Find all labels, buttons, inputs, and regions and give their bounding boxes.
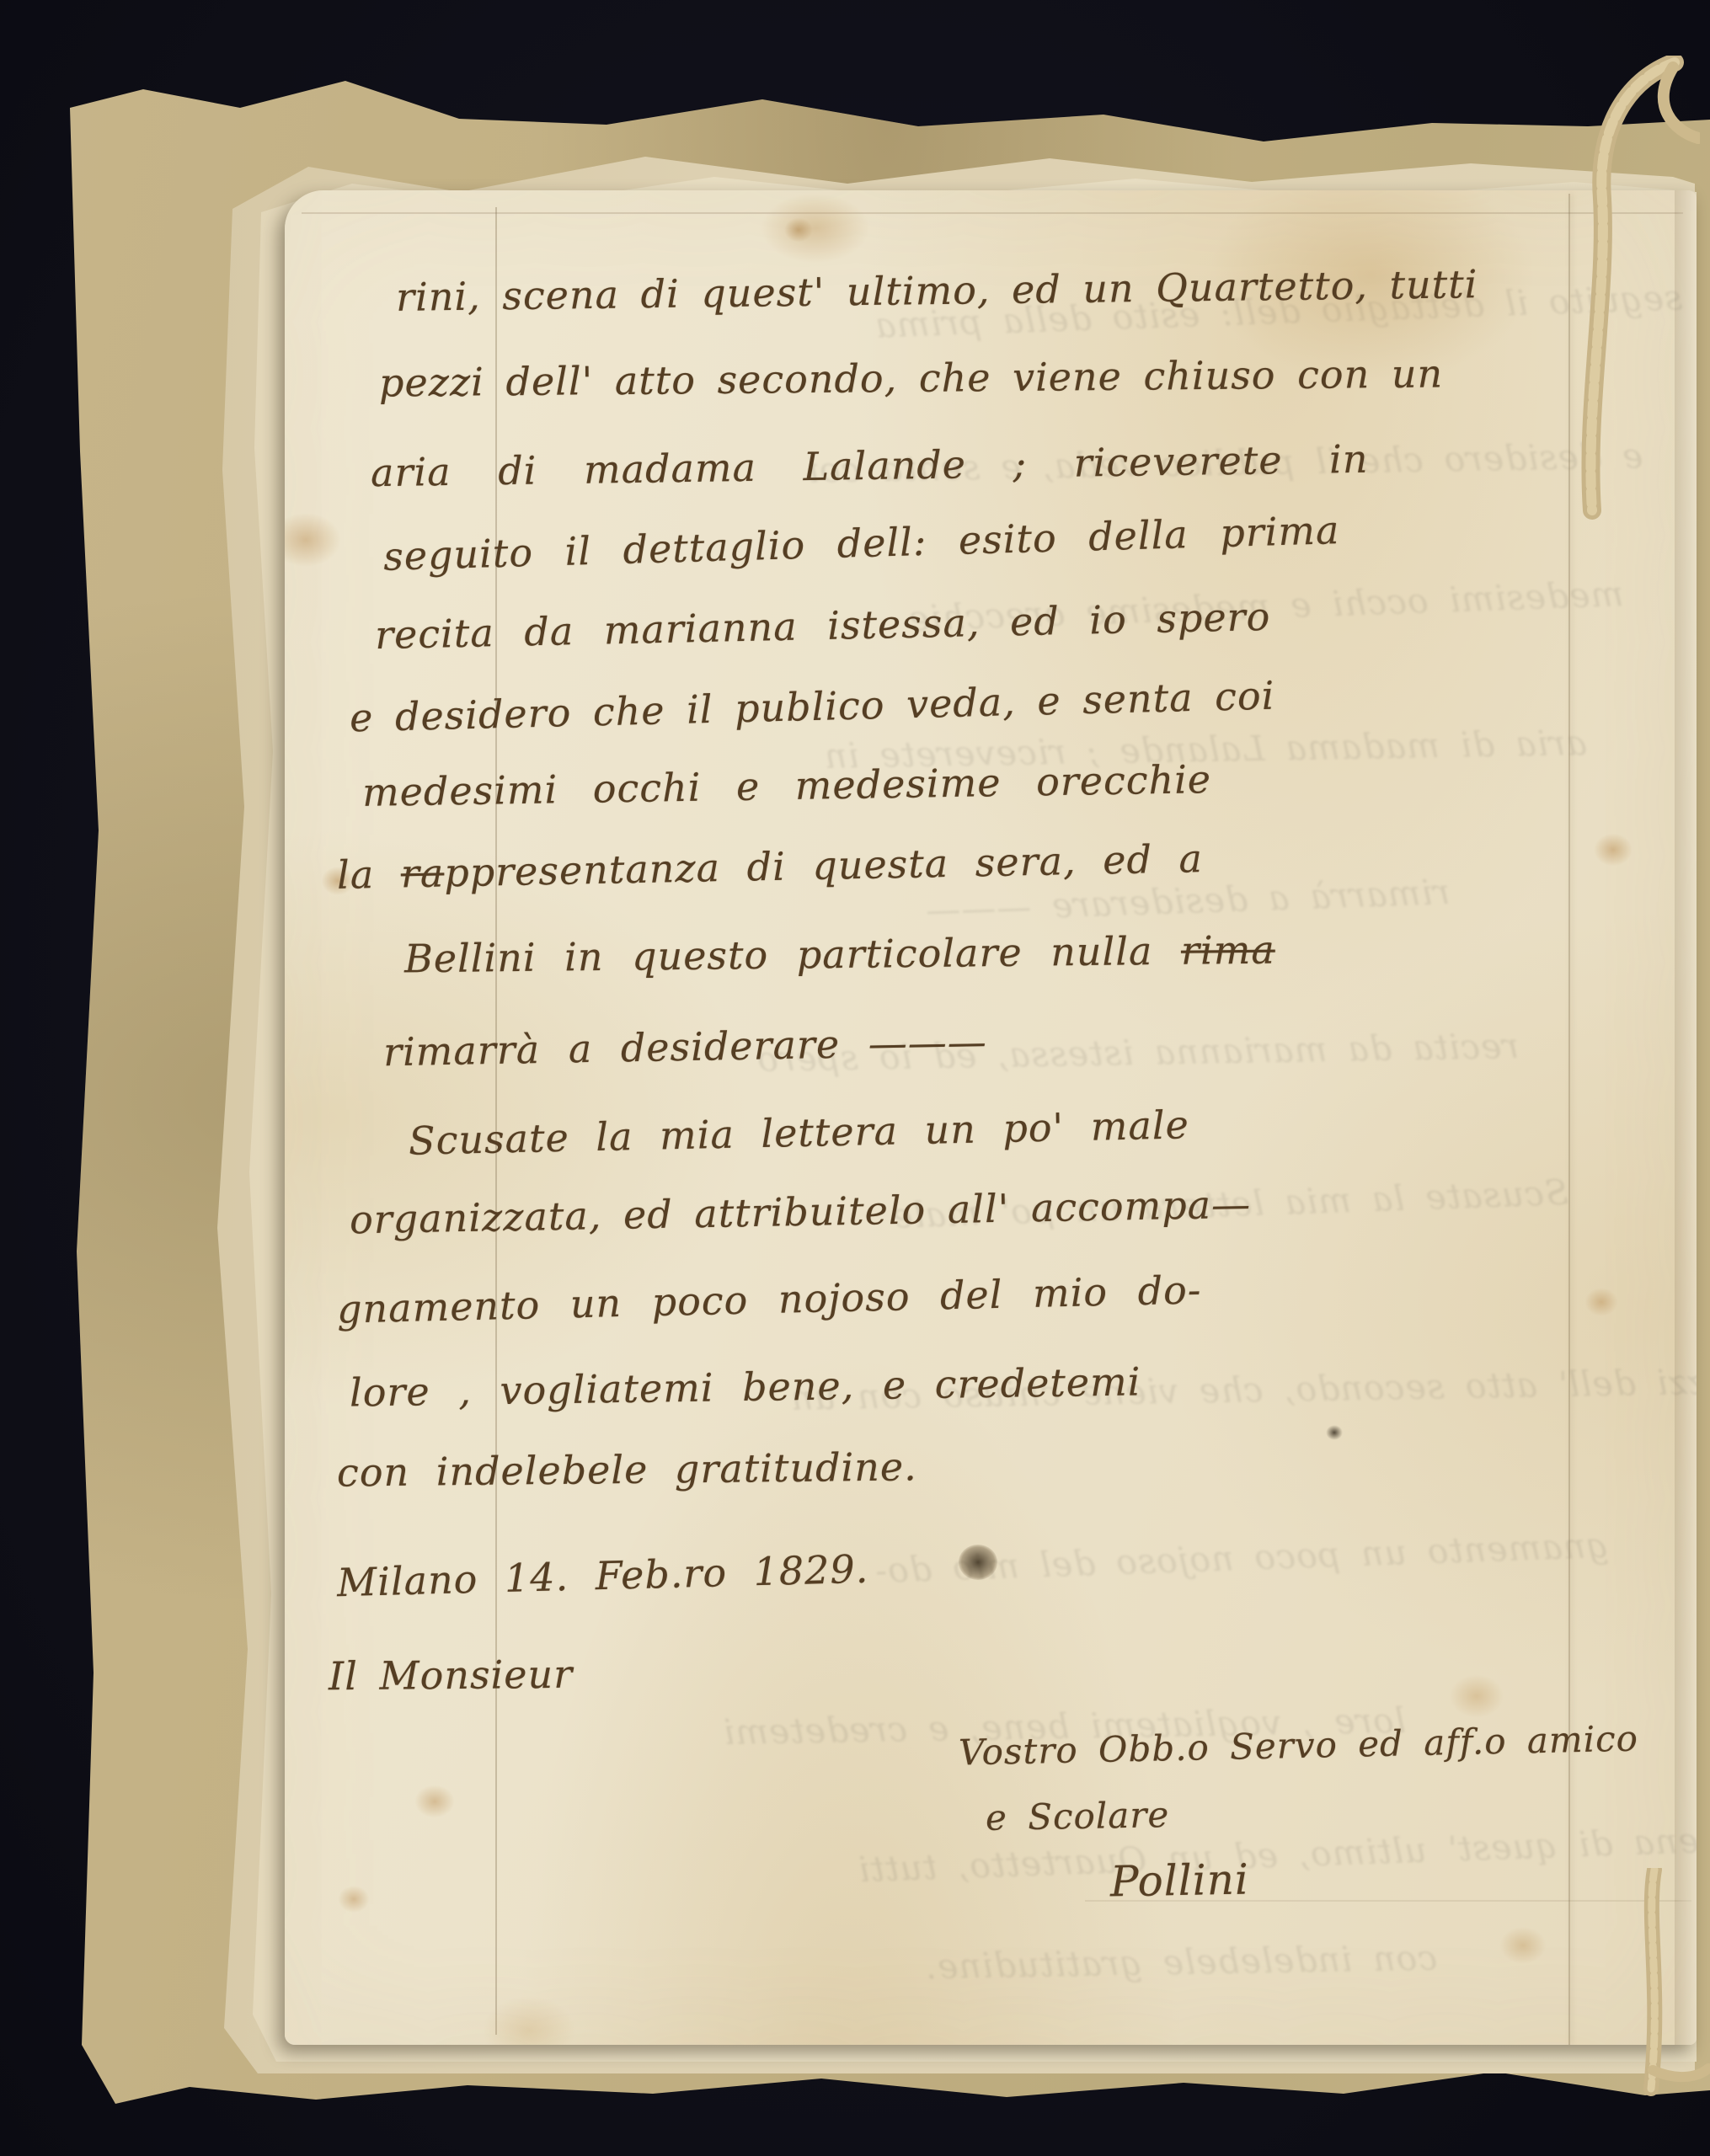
foxing-spot (782, 216, 815, 244)
foxing-spot (478, 1993, 580, 2045)
foxing-spot (1590, 830, 1636, 869)
showthrough-line: rini, scena di quest' ultimo, ed un Quar… (858, 1816, 1697, 1890)
letter-line: aria di madama Lalande ; riceverete in (371, 436, 1369, 496)
letter-line: gnamento un poco nojoso del mio do- (337, 1267, 1202, 1331)
dateline: Milano 14. Feb.ro 1829. (336, 1546, 869, 1606)
salutation: Il Monsieur (329, 1652, 574, 1700)
letter-line: medesimi occhi e medesime orecchie (362, 756, 1212, 815)
ink-blot (959, 1545, 997, 1580)
photographed-manuscript: seguito il dettaglio dell: esito della p… (0, 0, 1710, 2156)
letter-line: organizzata, ed attribuitelo all' accomp… (350, 1182, 1252, 1243)
letter-line: Bellini in questo particolare nulla rima (404, 927, 1275, 982)
foxing-spot (335, 1883, 372, 1915)
stain (756, 190, 874, 266)
signature: Pollini (1110, 1855, 1250, 1907)
foxing-spot (411, 1782, 458, 1821)
ink-speck (1326, 1425, 1343, 1440)
foxing-spot (285, 510, 344, 569)
closing-line-2: e Scolare (986, 1794, 1170, 1838)
showthrough-line: con indelebele gratitudine. (925, 1938, 1438, 1988)
letter-line: recita da marianna istessa, ed io spero (375, 594, 1271, 658)
foxing-spot (1582, 1285, 1621, 1319)
binding-thread-top (1548, 56, 1700, 544)
letter-line: con indelebele gratitudine. (337, 1444, 917, 1495)
letter-line: seguito il dettaglio dell: esito della p… (382, 507, 1340, 579)
letter-line: pezzi dell' atto secondo, che viene chiu… (379, 350, 1444, 405)
letter-page: seguito il dettaglio dell: esito della p… (285, 190, 1697, 2045)
binding-thread-bottom (1624, 1868, 1710, 2104)
foxing-spot (1447, 1673, 1506, 1720)
foxing-spot (1498, 1925, 1548, 1966)
letter-line: Scusate la mia lettera un po' male (409, 1102, 1190, 1163)
